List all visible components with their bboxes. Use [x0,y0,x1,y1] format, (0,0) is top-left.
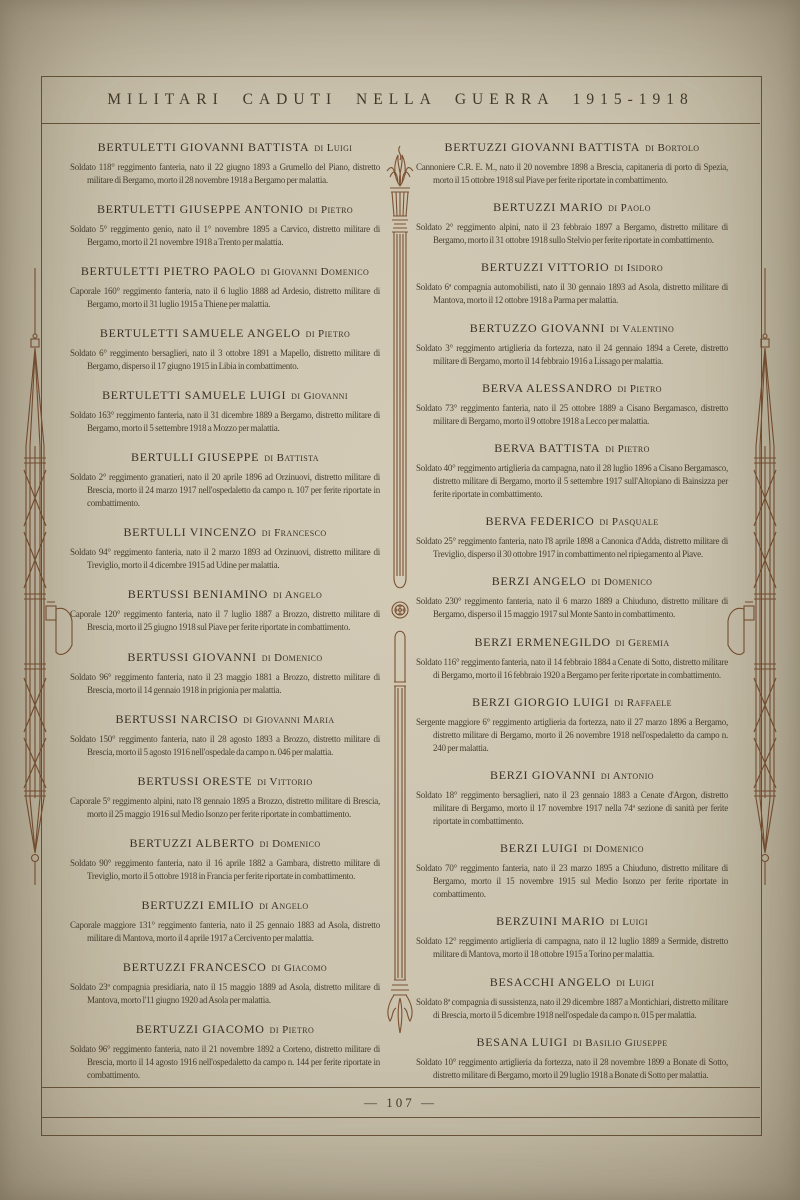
soldier-name-heading: BERTUZZI GIOVANNI BATTISTAdi Bortolo [416,140,728,155]
soldier-father: di Pietro [270,1024,314,1036]
father-name: Vittorio [270,776,313,788]
soldier-father: di Antonio [601,770,654,782]
soldier-father: di Angelo [273,589,322,601]
soldier-name: BERTULETTI GIUSEPPE ANTONIO [97,202,304,216]
soldier-name-heading: BERTUZZO GIOVANNIdi Valentino [416,321,728,336]
soldier-details: Soldato 23ª compagnia presidiaria, nato … [70,981,380,1007]
soldier-details: Soldato 96° reggimento fanteria, nato il… [70,671,380,697]
father-name: Angelo [271,900,308,912]
father-name: Bortolo [658,142,700,154]
father-prefix: di [262,527,271,539]
soldier-name-heading: BERTUSSI GIOVANNIdi Domenico [70,650,380,665]
soldier-father: di Pietro [617,383,661,395]
soldier-entry: BESANA LUIGIdi Basilio Giuseppe Soldato … [416,1035,728,1082]
soldier-details: Soldato 18° reggimento bersaglieri, nato… [416,789,728,828]
soldier-father: di Giovanni Domenico [261,266,369,278]
soldier-father: di Angelo [259,900,308,912]
soldier-details: Soldato 94° reggimento fanteria, nato il… [70,546,380,572]
soldier-name-heading: BERTUZZI VITTORIOdi Isidoro [416,260,728,275]
father-name: Pasquale [612,516,659,528]
page-footer: — 107 — [41,1087,760,1118]
soldier-entry: BERTUZZI GIOVANNI BATTISTAdi Bortolo Can… [416,140,728,187]
soldier-name: BERVA ALESSANDRO [482,381,612,395]
soldier-details: Soldato 2° reggimento granatieri, nato i… [70,471,380,510]
soldier-entry: BERVA ALESSANDROdi Pietro Soldato 73° re… [416,381,728,428]
soldier-father: di Battista [264,452,319,464]
soldier-father: di Geremia [616,637,670,649]
father-prefix: di [614,697,623,709]
father-name: Francesco [274,527,326,539]
soldier-father: di Giovanni Maria [243,714,334,726]
soldier-name-heading: BERTUSSI NARCISOdi Giovanni Maria [70,712,380,727]
father-name: Domenico [604,576,652,588]
father-prefix: di [243,714,252,726]
father-prefix: di [270,1024,279,1036]
soldier-name: BERTULETTI SAMUELE ANGELO [100,326,301,340]
soldier-entry: BERTULETTI GIUSEPPE ANTONIOdi Pietro Sol… [70,202,380,249]
father-prefix: di [291,390,300,402]
father-prefix: di [573,1037,582,1049]
soldier-father: di Domenico [583,843,644,855]
soldier-name: BESANA LUIGI [476,1035,567,1049]
soldier-entry: BERTUSSI BENIAMINOdi Angelo Caporale 120… [70,587,380,634]
book-page: MILITARI CADUTI NELLA GUERRA 1915-1918 [0,0,800,1200]
father-prefix: di [599,516,608,528]
soldier-details: Soldato 2° reggimento alpini, nato il 23… [416,221,728,247]
soldier-name-heading: BERVA FEDERICOdi Pasquale [416,514,728,529]
page-number: — 107 — [364,1095,437,1111]
soldier-father: di Pietro [306,328,350,340]
father-prefix: di [260,838,269,850]
left-column: BERTULETTI GIOVANNI BATTISTAdi Luigi Sol… [70,140,380,1082]
soldier-name: BERTUZZI VITTORIO [481,260,609,274]
page-title: MILITARI CADUTI NELLA GUERRA 1915-1918 [107,91,694,109]
father-prefix: di [605,443,614,455]
father-name: Paolo [621,202,651,214]
father-name: Raffaele [627,697,672,709]
soldier-entry: BERZI GIORGIO LUIGIdi Raffaele Sergente … [416,695,728,755]
soldier-name-heading: BERTULETTI PIETRO PAOLOdi Giovanni Domen… [70,264,380,279]
soldier-details: Soldato 6ª compagnia automobilisti, nato… [416,281,728,307]
soldier-father: di Valentino [610,323,674,335]
soldier-name: BESACCHI ANGELO [490,975,612,989]
father-name: Pietro [321,204,353,216]
soldier-name-heading: BERTUZZI EMILIOdi Angelo [70,898,380,913]
soldier-entry: BERTULETTI GIOVANNI BATTISTAdi Luigi Sol… [70,140,380,187]
soldier-father: di Giovanni [291,390,348,402]
soldier-name-heading: BERTUSSI BENIAMINOdi Angelo [70,587,380,602]
soldier-name: BERZI ANGELO [492,574,587,588]
soldier-father: di Domenico [591,576,652,588]
father-prefix: di [264,452,273,464]
father-prefix: di [617,383,626,395]
soldier-name-heading: BERVA ALESSANDROdi Pietro [416,381,728,396]
soldier-name: BERVA FEDERICO [485,514,594,528]
soldier-details: Sergente maggiore 6° reggimento artiglie… [416,716,728,755]
soldier-entry: BERTULETTI PIETRO PAOLOdi Giovanni Domen… [70,264,380,311]
father-prefix: di [271,962,280,974]
soldier-name: BERTUZZI FRANCESCO [123,960,267,974]
soldier-name-heading: BERTULLI VINCENZOdi Francesco [70,525,380,540]
soldier-name-heading: BERVA BATTISTAdi Pietro [416,441,728,456]
soldier-details: Soldato 6° reggimento bersaglieri, nato … [70,347,380,373]
soldier-name: BERVA BATTISTA [494,441,600,455]
soldier-name-heading: BERTUZZI GIACOMOdi Pietro [70,1022,380,1037]
father-prefix: di [610,323,619,335]
soldier-details: Soldato 25° reggimento fanteria, nato l'… [416,535,728,561]
soldier-father: di Vittorio [257,776,312,788]
soldier-name: BERTULETTI PIETRO PAOLO [81,264,256,278]
father-name: Basilio Giuseppe [585,1037,667,1049]
soldier-father: di Giacomo [271,962,327,974]
soldier-details: Soldato 90° reggimento fanteria, nato il… [70,857,380,883]
father-name: Battista [277,452,319,464]
soldier-name-heading: BERZI GIORGIO LUIGIdi Raffaele [416,695,728,710]
father-prefix: di [591,576,600,588]
father-name: Giacomo [284,962,327,974]
soldier-details: Caporale 5° reggimento alpini, nato l'8 … [70,795,380,821]
soldier-name: BERTUSSI GIOVANNI [127,650,256,664]
soldier-name-heading: BERTUZZI FRANCESCOdi Giacomo [70,960,380,975]
father-name: Luigi [629,977,655,989]
soldier-father: di Isidoro [614,262,663,274]
father-prefix: di [614,262,623,274]
father-name: Domenico [595,843,643,855]
soldier-details: Caporale maggiore 131° reggimento fanter… [70,919,380,945]
soldier-details: Soldato 5° reggimento genio, nato il 1° … [70,223,380,249]
rosette-medallion-icon [392,602,408,618]
father-name: Giovanni [304,390,348,402]
soldier-entry: BERTULETTI SAMUELE ANGELOdi Pietro Solda… [70,326,380,373]
soldier-entry: BERZUINI MARIOdi Luigi Soldato 12° reggi… [416,914,728,961]
father-prefix: di [583,843,592,855]
father-name: Luigi [622,916,648,928]
soldier-entry: BERZI LUIGIdi Domenico Soldato 70° reggi… [416,841,728,901]
soldier-name: BERTULLI VINCENZO [123,525,256,539]
fasces-right-icon [723,268,787,886]
father-name: Pietro [618,443,650,455]
father-prefix: di [273,589,282,601]
soldier-name-heading: BESACCHI ANGELOdi Luigi [416,975,728,990]
father-name: Geremia [628,637,669,649]
soldier-entry: BERTULLI VINCENZOdi Francesco Soldato 94… [70,525,380,572]
father-prefix: di [610,916,619,928]
soldier-entry: BERTUZZO GIOVANNIdi Valentino Soldato 3°… [416,321,728,368]
soldier-details: Soldato 116° reggimento fanteria, nato i… [416,656,728,682]
soldier-name: BERTUZZI EMILIO [141,898,254,912]
soldier-name: BERTUSSI BENIAMINO [128,587,268,601]
soldier-father: di Raffaele [614,697,671,709]
soldier-father: di Basilio Giuseppe [573,1037,668,1049]
soldier-entry: BERZI GIOVANNIdi Antonio Soldato 18° reg… [416,768,728,828]
soldier-details: Cannoniere C.R. E. M., nato il 20 novemb… [416,161,728,187]
soldier-name-heading: BERTUZZI MARIOdi Paolo [416,200,728,215]
soldier-father: di Domenico [262,652,323,664]
soldier-name-heading: BERZI LUIGIdi Domenico [416,841,728,856]
soldier-entry: BERTUZZI VITTORIOdi Isidoro Soldato 6ª c… [416,260,728,307]
soldier-entry: BERTUSSI NARCISOdi Giovanni Maria Soldat… [70,712,380,759]
soldier-name: BERTULETTI GIOVANNI BATTISTA [98,140,310,154]
soldier-entry: BERTUZZI ALBERTOdi Domenico Soldato 90° … [70,836,380,883]
soldier-name-heading: BERTULETTI SAMUELE ANGELOdi Pietro [70,326,380,341]
father-prefix: di [616,977,625,989]
soldier-name: BERTUSSI ORESTE [138,774,253,788]
father-prefix: di [259,900,268,912]
page-header: MILITARI CADUTI NELLA GUERRA 1915-1918 [41,76,760,124]
soldier-details: Soldato 8ª compagnia di sussistenza, nat… [416,996,728,1022]
soldier-entry: BERTUZZI MARIOdi Paolo Soldato 2° reggim… [416,200,728,247]
soldier-details: Soldato 150° reggimento fanteria, nato i… [70,733,380,759]
soldier-father: di Domenico [260,838,321,850]
father-prefix: di [309,204,318,216]
soldier-father: di Luigi [616,977,654,989]
soldier-entry: BERZI ANGELOdi Domenico Soldato 230° reg… [416,574,728,621]
soldier-name: BERTUZZI GIACOMO [136,1022,265,1036]
father-prefix: di [608,202,617,214]
soldier-name-heading: BESANA LUIGIdi Basilio Giuseppe [416,1035,728,1050]
soldier-name-heading: BERTULETTI GIOVANNI BATTISTAdi Luigi [70,140,380,155]
soldier-details: Soldato 96° reggimento fanteria, nato il… [70,1043,380,1082]
soldier-name: BERZI GIOVANNI [490,768,596,782]
soldier-name: BERTUZZI GIOVANNI BATTISTA [445,140,641,154]
soldier-name: BERTULLI GIUSEPPE [131,450,259,464]
soldier-entry: BERTUZZI FRANCESCOdi Giacomo Soldato 23ª… [70,960,380,1007]
soldier-father: di Bortolo [645,142,699,154]
father-name: Domenico [274,652,322,664]
father-prefix: di [262,652,271,664]
father-name: Valentino [622,323,674,335]
soldier-name: BERTULETTI SAMUELE LUIGI [102,388,286,402]
soldier-name-heading: BERZI ERMENEGILDOdi Geremia [416,635,728,650]
soldier-details: Soldato 10° reggimento artiglieria da fo… [416,1056,728,1082]
soldier-entry: BESACCHI ANGELOdi Luigi Soldato 8ª compa… [416,975,728,1022]
father-name: Pietro [282,1024,314,1036]
soldier-name: BERTUSSI NARCISO [115,712,238,726]
soldier-details: Soldato 73° reggimento fanteria, nato il… [416,402,728,428]
soldier-father: di Paolo [608,202,651,214]
soldier-details: Soldato 118° reggimento fanteria, nato i… [70,161,380,187]
soldier-name-heading: BERZUINI MARIOdi Luigi [416,914,728,929]
soldier-details: Soldato 40° reggimento artiglieria da ca… [416,462,728,501]
soldier-name: BERTUZZO GIOVANNI [470,321,605,335]
soldier-father: di Luigi [314,142,352,154]
father-name: Luigi [327,142,353,154]
soldier-name: BERZI ERMENEGILDO [474,635,610,649]
soldier-entry: BERTUSSI GIOVANNIdi Domenico Soldato 96°… [70,650,380,697]
father-name: Antonio [613,770,654,782]
soldier-details: Soldato 230° reggimento fanteria, nato i… [416,595,728,621]
fasces-left-icon [13,268,77,886]
soldier-name: BERZI GIORGIO LUIGI [472,695,609,709]
soldier-entry: BERTULETTI SAMUELE LUIGIdi Giovanni Sold… [70,388,380,435]
soldier-details: Soldato 12° reggimento artiglieria di ca… [416,935,728,961]
torch-column-ornament-icon [384,142,416,1042]
soldier-entry: BERTUSSI ORESTEdi Vittorio Caporale 5° r… [70,774,380,821]
right-column: BERTUZZI GIOVANNI BATTISTAdi Bortolo Can… [416,140,728,1082]
soldier-details: Soldato 163° reggimento fanteria, nato i… [70,409,380,435]
father-prefix: di [616,637,625,649]
soldier-entry: BERTUZZI GIACOMOdi Pietro Soldato 96° re… [70,1022,380,1082]
father-name: Pietro [318,328,350,340]
soldier-father: di Pietro [309,204,353,216]
father-name: Angelo [285,589,322,601]
father-name: Isidoro [627,262,663,274]
soldier-entry: BERVA BATTISTAdi Pietro Soldato 40° regg… [416,441,728,501]
soldier-name-heading: BERTUZZI ALBERTOdi Domenico [70,836,380,851]
soldier-father: di Pietro [605,443,649,455]
father-name: Pietro [630,383,662,395]
soldier-entry: BERVA FEDERICOdi Pasquale Soldato 25° re… [416,514,728,561]
soldier-details: Soldato 70° reggimento fanteria, nato il… [416,862,728,901]
soldier-name-heading: BERTULLI GIUSEPPEdi Battista [70,450,380,465]
father-prefix: di [306,328,315,340]
soldier-details: Soldato 3° reggimento artiglieria da for… [416,342,728,368]
father-prefix: di [257,776,266,788]
soldier-name: BERTUZZI ALBERTO [129,836,254,850]
soldier-entry: BERTULLI GIUSEPPEdi Battista Soldato 2° … [70,450,380,510]
soldier-details: Caporale 120° reggimento fanteria, nato … [70,608,380,634]
soldier-name-heading: BERZI ANGELOdi Domenico [416,574,728,589]
soldier-name: BERZUINI MARIO [496,914,605,928]
soldier-name: BERZI LUIGI [500,841,578,855]
soldier-father: di Francesco [262,527,327,539]
soldier-father: di Luigi [610,916,648,928]
soldier-entry: BERZI ERMENEGILDOdi Geremia Soldato 116°… [416,635,728,682]
soldier-name-heading: BERTULETTI SAMUELE LUIGIdi Giovanni [70,388,380,403]
soldier-father: di Pasquale [599,516,658,528]
father-prefix: di [645,142,654,154]
father-name: Giovanni Domenico [273,266,369,278]
soldier-name: BERTUZZI MARIO [493,200,603,214]
father-prefix: di [314,142,323,154]
soldier-name-heading: BERTUSSI ORESTEdi Vittorio [70,774,380,789]
father-name: Domenico [272,838,320,850]
father-name: Giovanni Maria [256,714,335,726]
father-prefix: di [261,266,270,278]
soldier-details: Caporale 160° reggimento fanteria, nato … [70,285,380,311]
soldier-name-heading: BERTULETTI GIUSEPPE ANTONIOdi Pietro [70,202,380,217]
soldier-name-heading: BERZI GIOVANNIdi Antonio [416,768,728,783]
soldier-entry: BERTUZZI EMILIOdi Angelo Caporale maggio… [70,898,380,945]
father-prefix: di [601,770,610,782]
